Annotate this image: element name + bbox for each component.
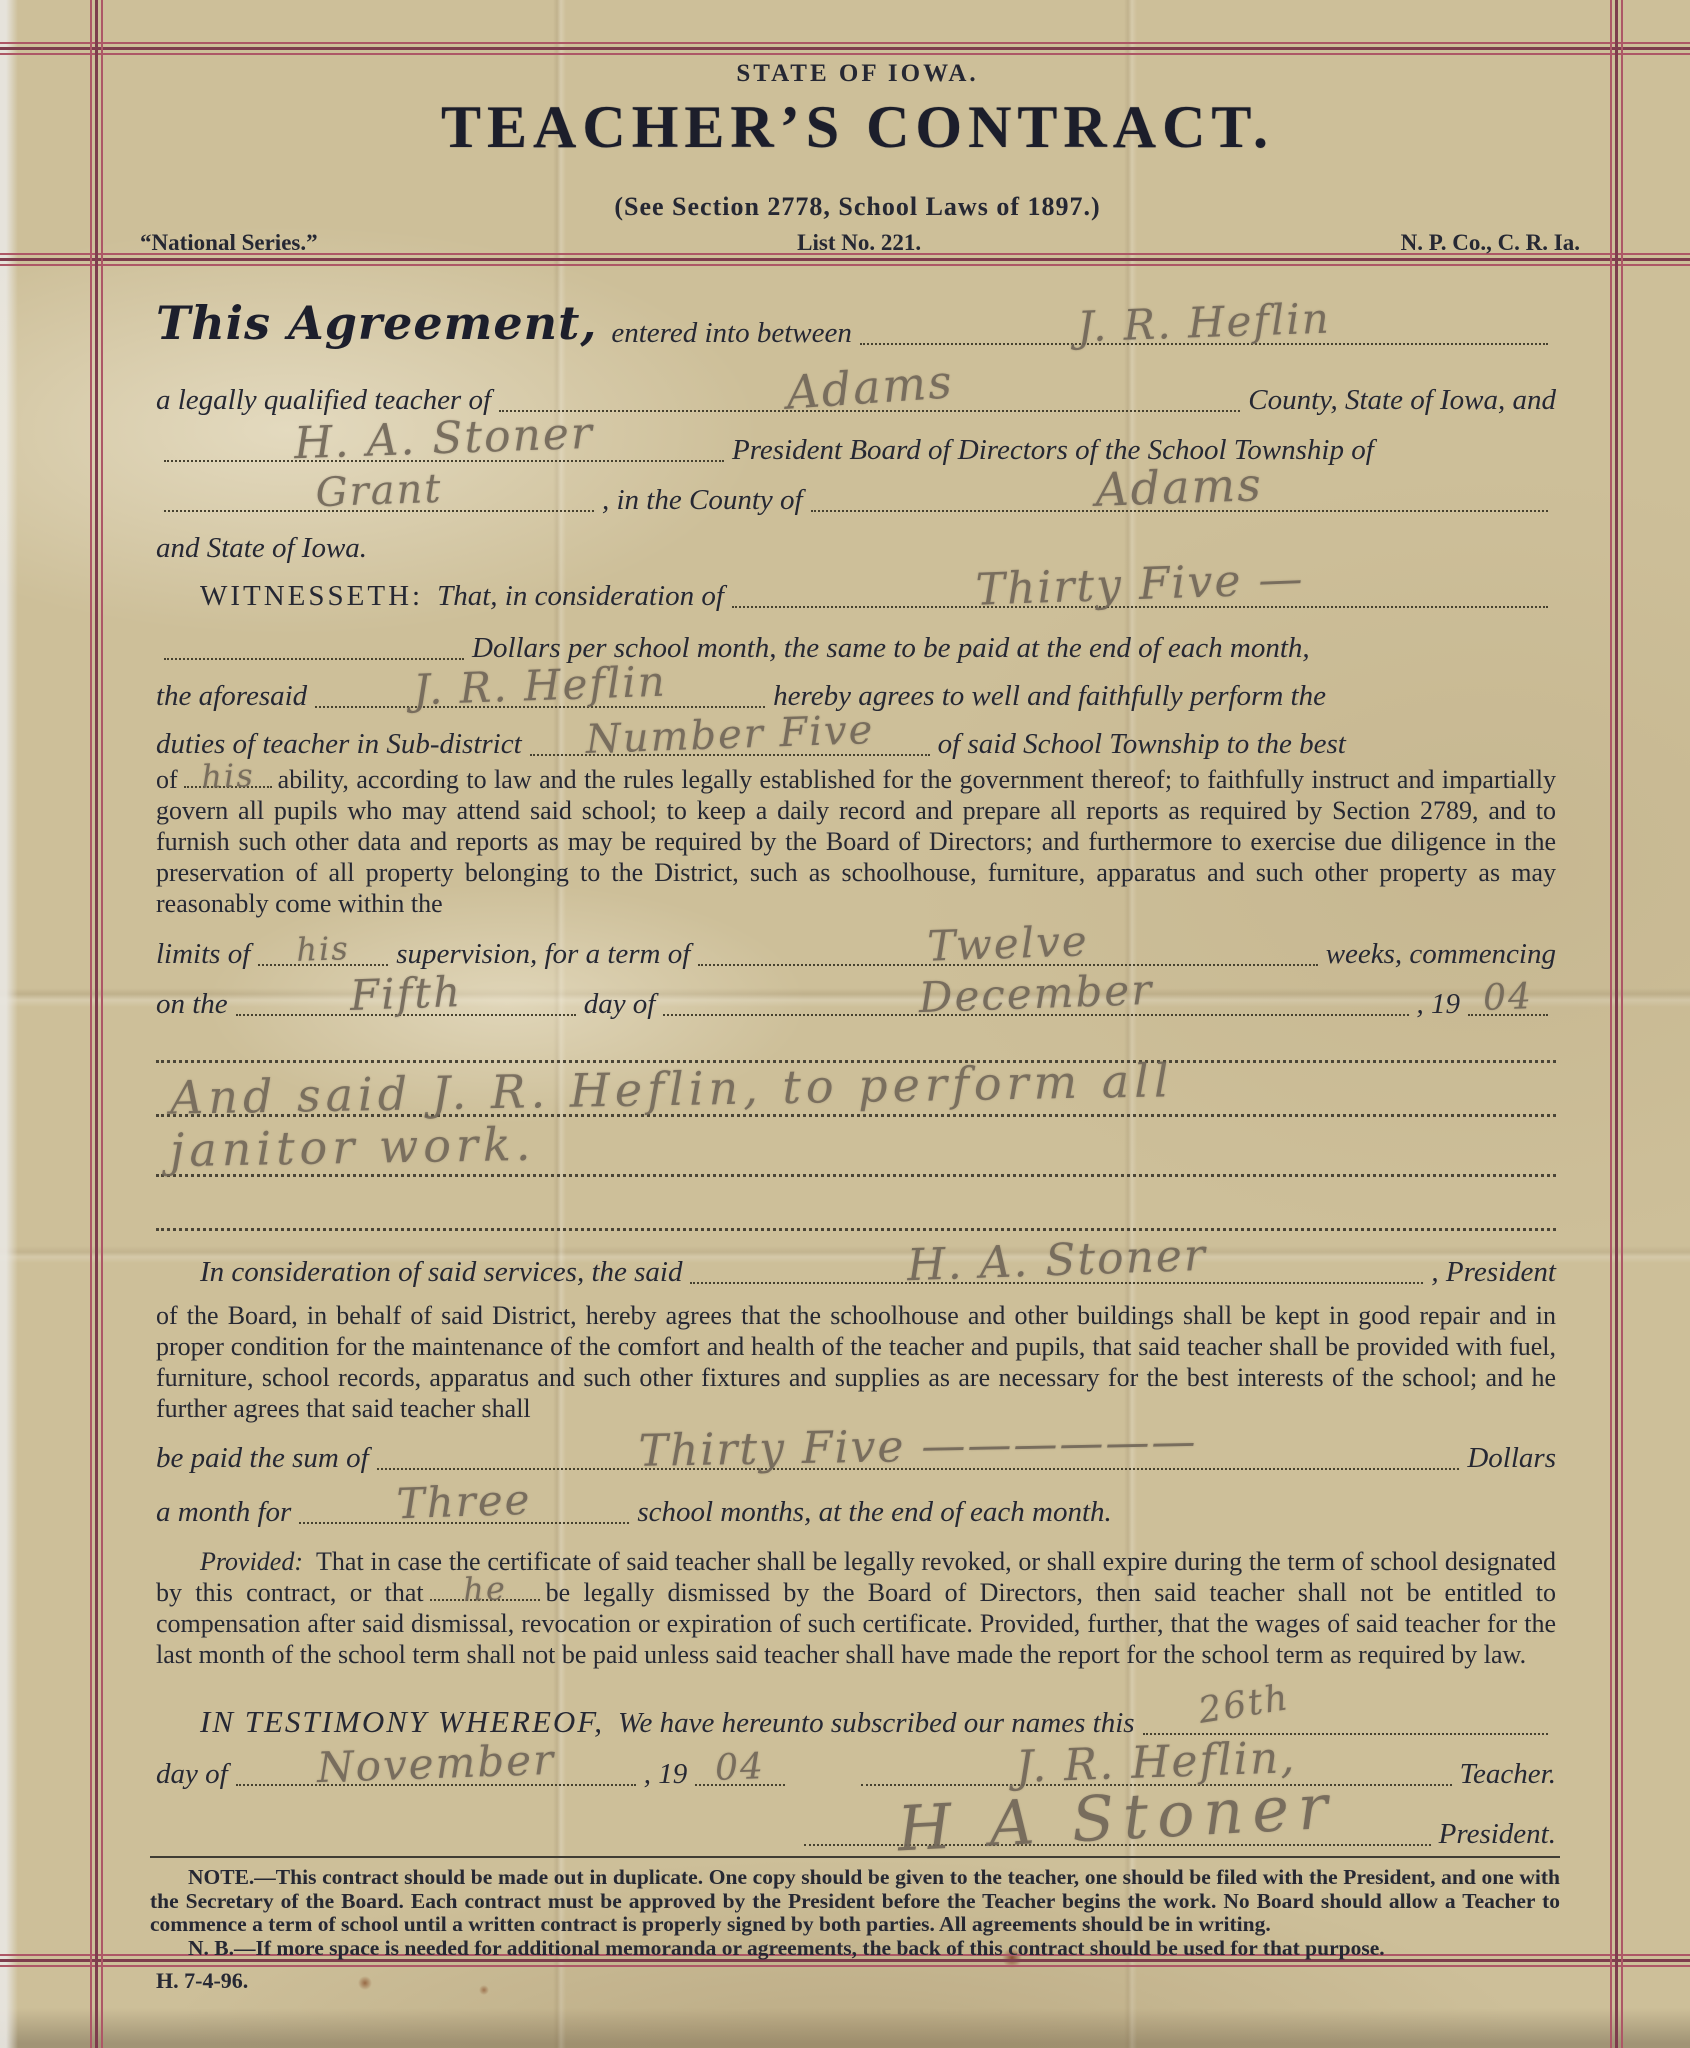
series-label: “National Series.” [140,230,318,256]
teacher-name-handwriting: J. R. Heflin [1076,294,1331,352]
salary-blank-1: Thirty Five — [732,606,1548,608]
his-blank-1: his [184,782,272,788]
sig-year-handwriting: 04 [715,1746,766,1789]
a-month-for-text: a month for [156,1496,291,1529]
teacher-label: Teacher. [1460,1758,1556,1791]
memo-rule-4 [156,1228,1556,1231]
teacher-name-blank-2: J. R. Heflin [315,706,765,708]
subdistrict-line: duties of teacher in Sub-district Number… [156,728,1556,761]
day-handwriting: Fifth [349,967,463,1020]
aforesaid-text: the aforesaid [156,680,307,713]
term-handwriting: Twelve [927,916,1090,971]
nb-paragraph: N. B.—If more space is needed for additi… [150,1937,1560,1961]
form-code: H. 7-4-96. [156,1968,248,1994]
entered-text: entered into between [611,317,852,350]
be-paid-text: be paid the sum of [156,1442,369,1475]
county-state-text: County, State of Iowa, and [1248,384,1556,417]
dollars-word: Dollars [1467,1442,1556,1475]
his-handwriting-1: his [201,760,255,793]
his-blank-2: his [258,964,388,966]
and-state-text: and State of Iowa. [156,532,367,565]
year-prefix-text: , 19 [1417,988,1461,1021]
president-signature-line: H A Stoner President. [156,1818,1556,1851]
president-name-handwriting: H. A. Stoner [293,408,594,469]
president-signature-blank: H A Stoner [804,1844,1431,1846]
document-title: TEACHER’S CONTRACT. [95,93,1620,162]
weeks-text: weeks, commencing [1326,938,1556,971]
provided-label: Provided: [156,1547,303,1576]
sig-month-handwriting: November [316,1735,556,1792]
on-the-text: on the [156,988,228,1021]
left-margin-rule [90,0,104,2048]
his-handwriting-2: his [296,929,351,969]
sig-year-blank: 04 [695,1784,785,1786]
month-handwriting: December [918,965,1154,1022]
subdistrict-blank: Number Five [530,754,930,756]
consideration-services-line: In consideration of said services, the s… [156,1256,1556,1289]
provided-paragraph: Provided: That in case the certificate o… [156,1546,1556,1670]
testimony-line: IN TESTIMONY WHEREOF, We have hereunto s… [156,1704,1556,1740]
qualified-teacher-line: a legally qualified teacher of Adams Cou… [156,384,1556,417]
day-of-text: day of [584,988,656,1021]
imprint-row: “National Series.” List No. 221. N. P. C… [140,230,1580,256]
president-board-text: President Board of Directors of the Scho… [732,434,1374,467]
salary-handwriting-1: Thirty Five — [975,553,1305,615]
consideration-of-text: That, in consideration of [437,580,724,613]
teachers-contract-document: STATE OF IOWA. TEACHER’S CONTRACT. (See … [0,0,1690,2048]
township-line: Grant , in the County of Adams [156,484,1556,517]
sig-month-blank: November [236,1784,636,1786]
day-blank: Fifth [236,1014,576,1016]
supervision-line: limits of his supervision, for a term of… [156,938,1556,971]
witnesseth-label: WITNESSETH: [156,580,423,613]
printer-imprint: N. P. Co., C. R. Ia. [1401,230,1580,256]
term-blank: Twelve [698,964,1317,966]
board-paragraph: of the Board, in behalf of said District… [156,1300,1556,1424]
section-reference: (See Section 2778, School Laws of 1897.) [95,192,1620,222]
testimony-text: We have hereunto subscribed our names th… [618,1707,1135,1740]
months-blank: Three [299,1522,629,1524]
list-number: List No. 221. [797,230,921,256]
ability-text: ability, according to law and the rules … [156,765,1556,918]
president-handwriting-2: H. A. Stoner [906,1230,1207,1291]
footer-divider-rule [150,1856,1560,1858]
memo-handwriting-line-2: janitor work. [170,1117,536,1177]
school-months-text: school months, at the end of each month. [637,1496,1111,1529]
school-months-line: a month for Three school months, at the … [156,1496,1556,1529]
footer-notes: NOTE.—This contract should be made out i… [150,1866,1560,1960]
president-name-blank-2: H. A. Stoner [690,1282,1423,1284]
county-handwriting-2: Adams [1095,457,1264,517]
subdistrict-handwriting: Number Five [585,707,875,763]
township-handwriting: Grant [315,466,443,516]
signature-date-line: day of November , 19 04 J. R. Heflin, Te… [156,1758,1556,1791]
limits-of-text: limits of [156,938,250,971]
months-handwriting: Three [396,1475,532,1529]
board-text: of the Board, in behalf of said District… [156,1301,1556,1423]
of-word: of [156,765,178,794]
dollars-line: Dollars per school month, the same to be… [156,632,1556,665]
township-blank: Grant [164,510,594,512]
right-margin-rule [1610,0,1624,2048]
ability-paragraph: ofhisability, according to law and the r… [156,764,1556,919]
memo-rule-3 [156,1174,1556,1177]
agreement-opening-line: This Agreement, entered into between J. … [156,296,1556,350]
county-blank-2: Adams [811,510,1548,512]
sig-day-of-text: day of [156,1758,228,1791]
year-blank: 04 [1468,1014,1548,1016]
state-of-iowa-line: and State of Iowa. [156,532,1556,565]
in-county-text: , in the County of [602,484,803,517]
top-border-rule [0,42,1690,56]
sig-year-prefix: , 19 [644,1758,688,1791]
year-handwriting: 04 [1482,976,1533,1019]
paid-sum-line: be paid the sum of Thirty Five —————— Do… [156,1442,1556,1475]
salary-blank-2: Thirty Five —————— [377,1468,1460,1470]
note-paragraph: NOTE.—This contract should be made out i… [150,1866,1560,1937]
he-handwriting: he [462,1573,507,1606]
qualified-text: a legally qualified teacher of [156,384,491,417]
county-handwriting-1: Adams [784,354,955,420]
president-label: President. [1439,1818,1556,1851]
teacher-name-handwriting-2: J. R. Heflin [413,657,668,715]
agreement-lead: This Agreement, [156,296,597,350]
consideration-services-text: In consideration of said services, the s… [156,1256,682,1289]
empty-blank [164,658,464,660]
commencement-date-line: on the Fifth day of December , 19 04 [156,988,1556,1021]
comma-president-text: , President [1431,1256,1556,1289]
teacher-name-blank: J. R. Heflin [860,343,1548,345]
he-blank: he [430,1595,540,1601]
month-blank: December [663,1014,1408,1016]
date-day-handwriting: 26th [1196,1677,1293,1732]
county-blank-1: Adams [499,410,1240,412]
township-best-text: of said School Township to the best [938,728,1346,761]
witnesseth-line: WITNESSETH: That, in consideration of Th… [156,580,1556,613]
supervision-text: supervision, for a term of [396,938,690,971]
president-line: H. A. Stoner President Board of Director… [156,434,1556,467]
state-heading: STATE OF IOWA. [95,60,1620,88]
salary-handwriting-2: Thirty Five —————— [638,1416,1198,1477]
president-name-blank: H. A. Stoner [164,460,724,462]
duties-text: duties of teacher in Sub-district [156,728,522,761]
